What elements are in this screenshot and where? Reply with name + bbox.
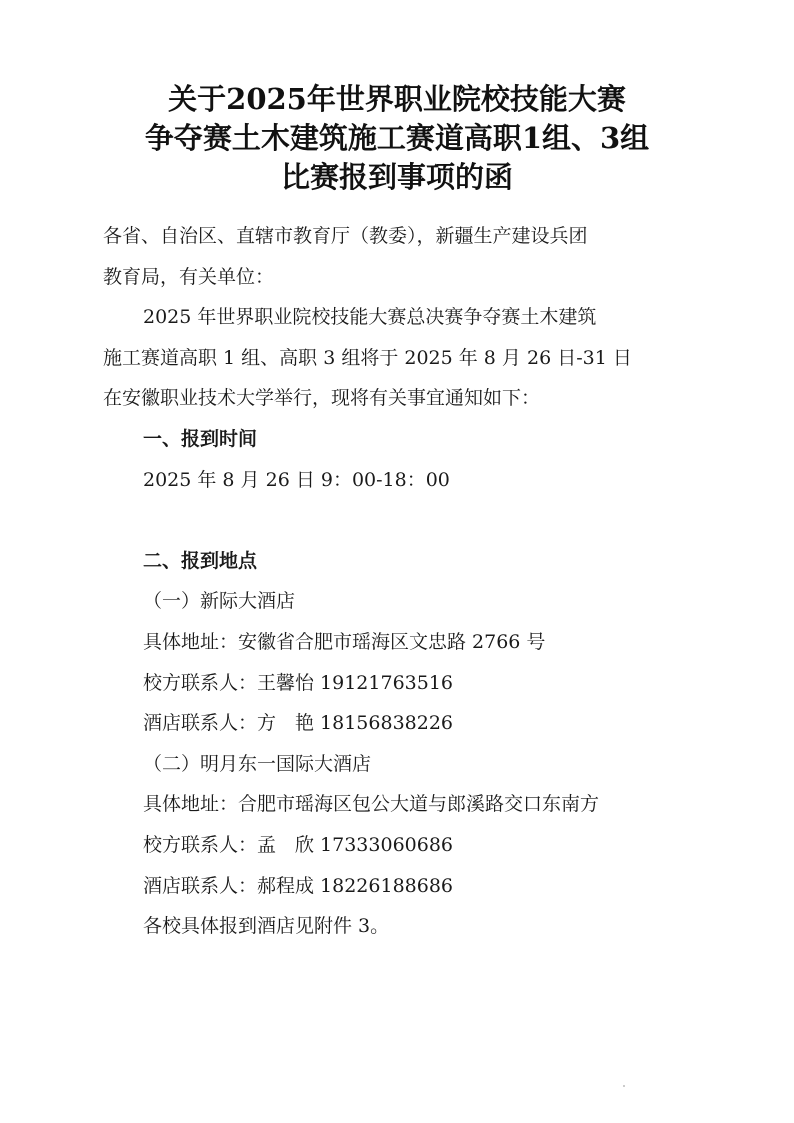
title-line-3: 比赛报到事项的函	[0, 158, 794, 197]
document-body: 各省、自治区、直辖市教育厅（教委），新疆生产建设兵团 教育局，有关单位： 202…	[103, 216, 703, 947]
hotel-1-school-contact: 校方联系人：王馨怡 19121763516	[103, 663, 703, 704]
document-title: 关于2025年世界职业院校技能大赛 争夺赛土木建筑施工赛道高职1组、3组 比赛报…	[0, 80, 794, 197]
scan-speck	[623, 1085, 625, 1087]
hotel-2-name: （二）明月东一国际大酒店	[103, 744, 703, 785]
hotel-2: （二）明月东一国际大酒店 具体地址：合肥市瑶海区包公大道与郎溪路交口东南方 校方…	[103, 744, 703, 906]
hotel-1-name: （一）新际大酒店	[103, 581, 703, 622]
hotel-2-hotel-contact: 酒店联系人：郝程成 18226188686	[103, 866, 703, 907]
hotel-1-hotel-contact: 酒店联系人：方 艳 18156838226	[103, 703, 703, 744]
intro-line-2: 施工赛道高职 1 组、高职 3 组将于 2025 年 8 月 26 日-31 日	[103, 338, 703, 379]
intro-line-3: 在安徽职业技术大学举行，现将有关事宜通知如下：	[103, 378, 703, 419]
hotel-assignment-note: 各校具体报到酒店见附件 3。	[103, 906, 703, 947]
addressees-line-2: 教育局，有关单位：	[103, 257, 703, 298]
section-1-heading: 一、报到时间	[103, 419, 703, 460]
title-line-2: 争夺赛土木建筑施工赛道高职1组、3组	[0, 119, 794, 158]
addressees-line-1: 各省、自治区、直辖市教育厅（教委），新疆生产建设兵团	[103, 216, 703, 257]
hotel-2-address: 具体地址：合肥市瑶海区包公大道与郎溪路交口东南方	[103, 784, 703, 825]
intro-line-1: 2025 年世界职业院校技能大赛总决赛争夺赛土木建筑	[103, 297, 703, 338]
title-line-1: 关于2025年世界职业院校技能大赛	[0, 80, 794, 119]
hotel-2-school-contact: 校方联系人：孟 欣 17333060686	[103, 825, 703, 866]
hotel-1-address: 具体地址：安徽省合肥市瑶海区文忠路 2766 号	[103, 622, 703, 663]
registration-time: 2025 年 8 月 26 日 9：00-18：00	[103, 460, 703, 501]
document-page: 关于2025年世界职业院校技能大赛 争夺赛土木建筑施工赛道高职1组、3组 比赛报…	[0, 0, 794, 1123]
section-2-heading: 二、报到地点	[103, 541, 703, 582]
hotel-1: （一）新际大酒店 具体地址：安徽省合肥市瑶海区文忠路 2766 号 校方联系人：…	[103, 581, 703, 743]
blank-line	[103, 500, 703, 541]
